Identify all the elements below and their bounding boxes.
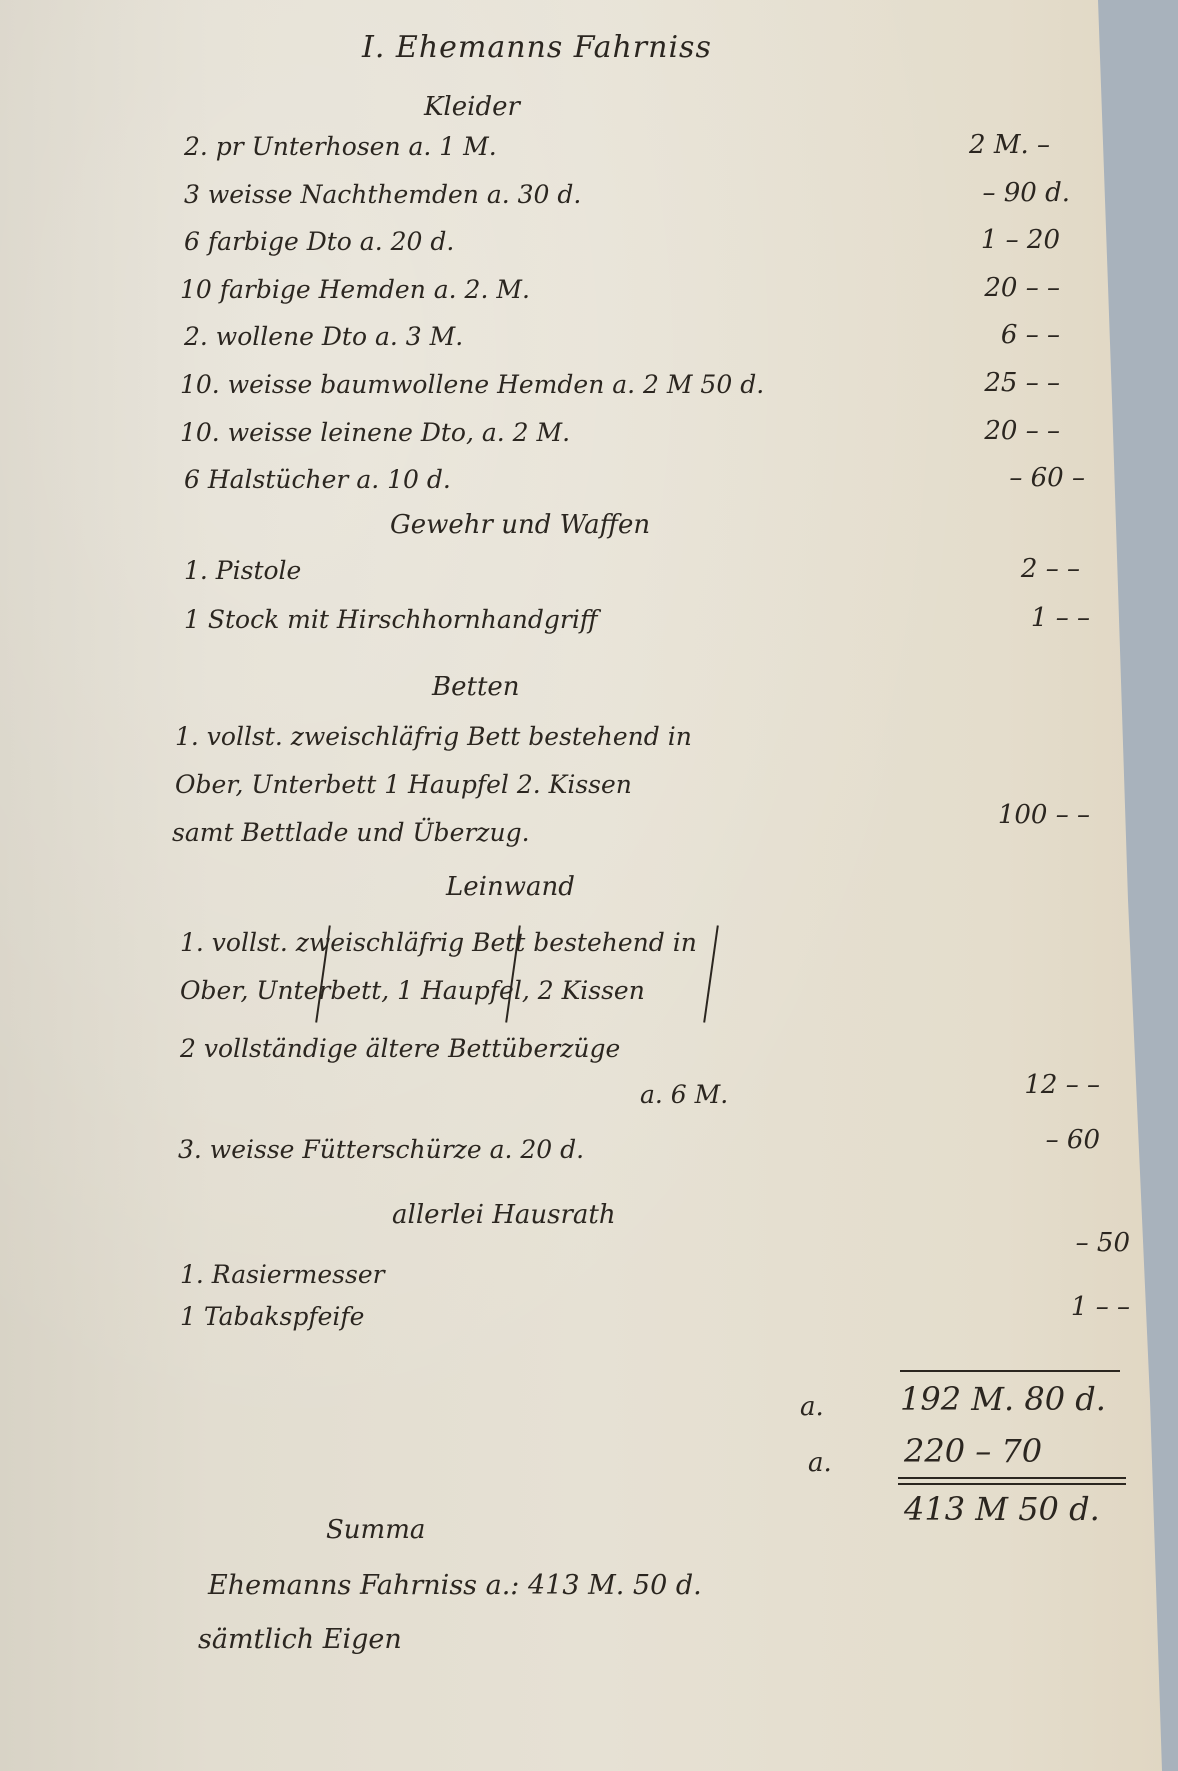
total-label: a.: [800, 1392, 824, 1422]
item-amount: 12 – –: [860, 1070, 1100, 1100]
total-value: 192 M. 80 d.: [900, 1380, 1106, 1418]
list-item: 1 Tabakspfeife: [180, 1302, 364, 1331]
list-item: 10. weisse leinene Dto, a. 2 M.: [180, 418, 570, 447]
list-item-line: samt Bettlade und Überzug.: [172, 818, 530, 847]
list-item: 10. weisse baumwollene Hemden a. 2 M 50 …: [180, 370, 764, 399]
list-item: 2. wollene Dto a. 3 M.: [184, 322, 463, 351]
strike-mark: [703, 925, 719, 1022]
list-item: 3 weisse Nachthemden a. 30 d.: [184, 180, 581, 209]
summary-heading: Summa: [326, 1515, 425, 1545]
list-item: 1. Pistole: [184, 556, 301, 585]
item-amount: 1 – –: [860, 1292, 1130, 1322]
grand-total: 413 M 50 d.: [904, 1490, 1100, 1528]
list-item-line: 1. vollst. zweischläfrig Bett bestehend …: [175, 722, 692, 751]
sum-rule: [898, 1477, 1126, 1479]
list-item: 1 Stock mit Hirschhornhandgriff: [184, 605, 598, 634]
item-amount: 2 M. –: [860, 130, 1050, 160]
item-amount: – 50: [860, 1228, 1130, 1258]
list-item-line: Ober, Unterbett 1 Haupfel 2. Kissen: [175, 770, 632, 799]
item-amount: 20 – –: [860, 416, 1060, 446]
item-amount: 2 – –: [860, 554, 1080, 584]
total-value: 220 – 70: [904, 1432, 1042, 1470]
summary-line: sämtlich Eigen: [198, 1624, 402, 1655]
section-heading-kleider: Kleider: [424, 92, 520, 122]
list-item: 6 farbige Dto a. 20 d.: [184, 227, 454, 256]
document-title: I. Ehemanns Fahrniss: [362, 30, 712, 65]
struck-item-line: Ober, Unterbett, 1 Haupfel, 2 Kissen: [180, 976, 645, 1005]
total-label: a.: [808, 1448, 832, 1478]
list-item: 6 Halstücher a. 10 d.: [184, 465, 451, 494]
item-amount: 20 – –: [860, 273, 1060, 303]
item-amount: 6 – –: [860, 320, 1060, 350]
item-amount: – 60 –: [860, 463, 1085, 493]
list-item: 1. Rasiermesser: [180, 1260, 385, 1289]
section-heading-betten: Betten: [432, 672, 520, 702]
total-rule-top: [900, 1370, 1120, 1372]
list-item: 10 farbige Hemden a. 2. M.: [180, 275, 530, 304]
document-page: I. Ehemanns Fahrniss Kleider 2. pr Unter…: [0, 0, 1178, 1771]
item-amount: – 60: [860, 1125, 1100, 1155]
section-heading-hausrath: allerlei Hausrath: [392, 1200, 616, 1230]
list-item: 2. pr Unterhosen a. 1 M.: [184, 132, 497, 161]
struck-item-line: 1. vollst. zweischläfrig Bett bestehend …: [180, 928, 697, 957]
item-amount: 100 – –: [860, 800, 1090, 830]
item-amount: – 90 d.: [860, 178, 1070, 208]
section-heading-leinwand: Leinwand: [446, 872, 575, 902]
item-amount: 25 – –: [860, 368, 1060, 398]
summary-line: Ehemanns Fahrniss a.: 413 M. 50 d.: [208, 1570, 702, 1601]
sum-rule: [898, 1483, 1126, 1485]
list-item-line: a. 6 M.: [640, 1080, 728, 1109]
item-amount: 1 – 20: [860, 225, 1060, 255]
item-amount: 1 – –: [860, 603, 1090, 633]
list-item: 3. weisse Fütterschürze a. 20 d.: [178, 1135, 584, 1164]
list-item-line: 2 vollständige ältere Bettüberzüge: [180, 1034, 620, 1063]
section-heading-waffen: Gewehr und Waffen: [390, 510, 650, 540]
